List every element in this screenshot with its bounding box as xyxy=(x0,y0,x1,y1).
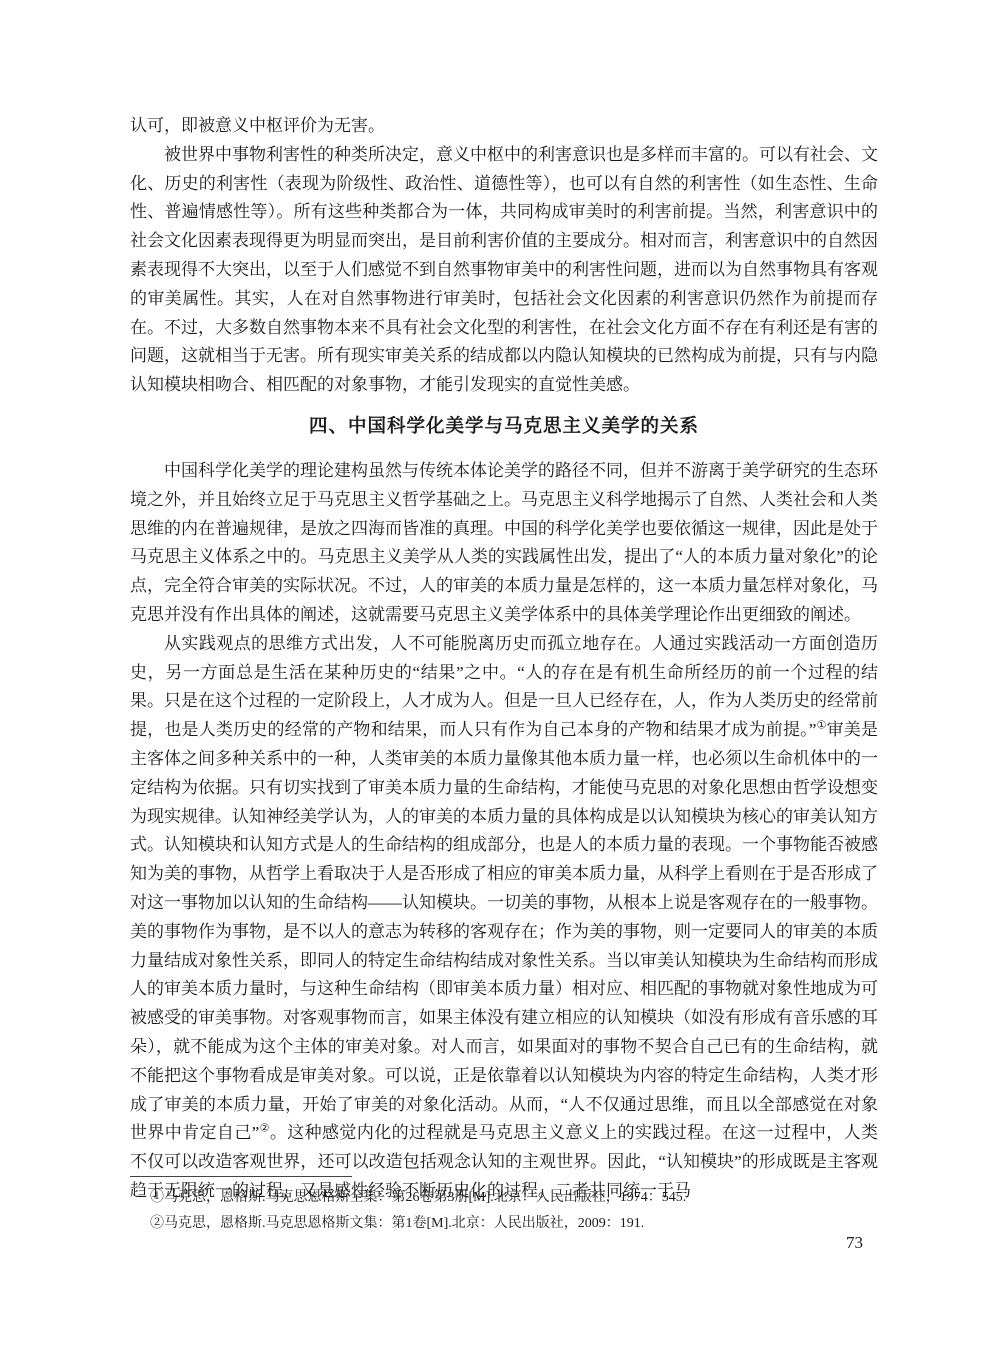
paragraph-interest-types: 被世界中事物利害性的种类所决定，意义中枢中的利害意识也是多样而丰富的。可以有社会… xyxy=(130,141,878,400)
section-heading: 四、中国科学化美学与马克思主义美学的关系 xyxy=(130,414,878,438)
paragraph-continuation: 认可，即被意义中枢评价为无害。 xyxy=(130,112,878,141)
paragraph-practice-text-2: 审美是主客体之间多种关系中的一种，人类审美的本质力量像其他本质力量一样，也必须以… xyxy=(130,720,878,1142)
footnote-ref-1: ① xyxy=(816,719,826,731)
footnote-2: ②马克思，恩格斯.马克思恩格斯文集：第1卷[M].北京：人民出版社，2009：1… xyxy=(130,1211,878,1237)
footnote-area: ①马克思，恩格斯.马克思恩格斯全集：第26卷第3册[M].北京：人民出版社，19… xyxy=(130,1170,878,1237)
paragraph-practice-viewpoint: 从实践观点的思维方式出发，人不可能脱离历史而孤立地存在。人通过实践活动一方面创造… xyxy=(130,630,878,1206)
article-body: 认可，即被意义中枢评价为无害。 被世界中事物利害性的种类所决定，意义中枢中的利害… xyxy=(130,112,878,1206)
paragraph-marxism-aesthetics: 中国科学化美学的理论建构虽然与传统本体论美学的路径不同，但并不游离于美学研究的生… xyxy=(130,457,878,630)
paragraph-practice-text-1: 从实践观点的思维方式出发，人不可能脱离历史而孤立地存在。人通过实践活动一方面创造… xyxy=(130,634,878,739)
footnote-ref-2: ② xyxy=(259,1123,270,1135)
page-number: 73 xyxy=(846,1233,863,1253)
journal-page: 认可，即被意义中枢评价为无害。 被世界中事物利害性的种类所决定，意义中枢中的利害… xyxy=(0,0,1000,1347)
footnote-separator-rule xyxy=(130,1176,352,1177)
footnote-1: ①马克思，恩格斯.马克思恩格斯全集：第26卷第3册[M].北京：人民出版社，19… xyxy=(130,1185,878,1211)
